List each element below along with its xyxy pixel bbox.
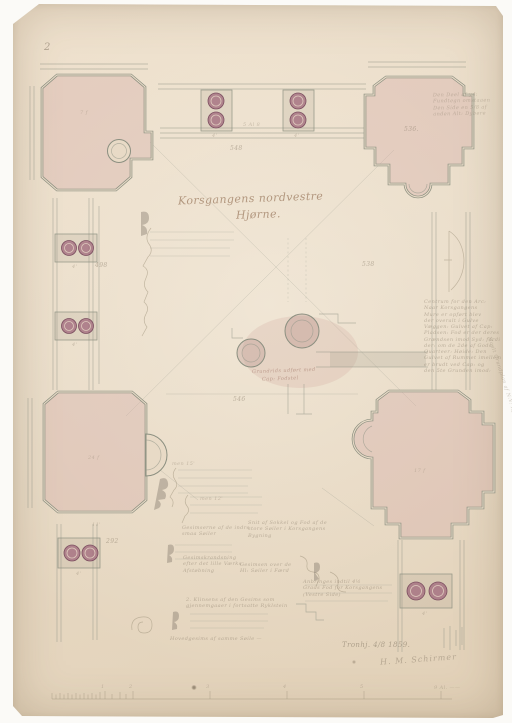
measurement: 4' bbox=[76, 571, 81, 577]
scale-bar bbox=[52, 691, 452, 699]
measurement: 11' bbox=[92, 522, 101, 528]
measurement: 498 bbox=[95, 262, 108, 270]
measurement: 4' bbox=[212, 133, 217, 139]
left-moulding-profile bbox=[141, 212, 234, 336]
scanned-drawing-sheet: 2 Korsgangens nordvestre Hjørne. Den Dee… bbox=[0, 0, 512, 723]
note-a4: Gesimsen over de Hl: Søiler i Færd bbox=[240, 562, 292, 575]
measurement: 4' bbox=[294, 133, 299, 139]
measurement: 24 f bbox=[88, 455, 99, 461]
drawing-title-line2: Hjørne. bbox=[236, 207, 281, 222]
measurement: 536. bbox=[404, 126, 419, 134]
measurement: 538 bbox=[362, 261, 375, 269]
note-a3: Gesimskrandsning efter det lille Værks A… bbox=[183, 555, 242, 574]
note-a6: Anbringes indtil 4½ Grads Fod for Korsga… bbox=[303, 579, 382, 598]
note-top-right: Den Deel af yd: Fundtegn omstaaen Den Si… bbox=[433, 92, 491, 118]
scale-number: 4 bbox=[283, 684, 287, 690]
measurement: 292 bbox=[106, 538, 119, 546]
note-a1-line: smaa Søiler bbox=[182, 531, 250, 537]
measurement: 4' bbox=[422, 611, 427, 617]
note-a3-line: Afstøbning bbox=[183, 568, 242, 574]
sheet-number: 2 bbox=[44, 42, 51, 55]
column-base-circle bbox=[108, 140, 131, 163]
note-a2-line: Bygning bbox=[248, 533, 327, 539]
measurement: 4' bbox=[72, 264, 77, 270]
scale-number: 1 bbox=[101, 684, 105, 690]
note-a3-line: efter det lille Værks bbox=[183, 561, 242, 567]
measurement: 5 Al 8 bbox=[243, 122, 260, 128]
note-a1: Gesimserne af de indre smaa Søiler bbox=[182, 525, 250, 538]
plan-bottom-right-pier bbox=[353, 391, 494, 538]
plan-top-left-chapel bbox=[42, 75, 152, 190]
ink-stain bbox=[352, 660, 356, 664]
measurement: 4' bbox=[72, 342, 77, 348]
note-a5-line: gjennemgaaer i fortsatte Ryklstein bbox=[186, 603, 288, 609]
measurement: 17 f bbox=[414, 468, 425, 474]
measurement: 548 bbox=[230, 145, 243, 153]
note-a5: 2. Klinsens af den Gesims som gjennemgaa… bbox=[186, 597, 288, 610]
ink-stain bbox=[191, 685, 197, 690]
scale-number: 2 bbox=[129, 684, 133, 690]
note-a2-line: store Søiler i Korsgangens bbox=[248, 526, 327, 532]
measurement: 546 bbox=[233, 396, 246, 404]
note-a2: Snit af Sokkel og Fod af de store Søiler… bbox=[248, 520, 327, 539]
note-a6-line: Grads Fod for Korsgangens bbox=[303, 585, 382, 591]
dim-note: men 15' bbox=[172, 461, 195, 467]
dim-note: men 12' bbox=[200, 496, 223, 502]
scale-number: 5 bbox=[360, 684, 364, 690]
note-a7: Hovedgesims af samme Søile — bbox=[170, 636, 262, 642]
arc-construction-detail bbox=[444, 231, 464, 292]
note-right-line: den 5te Grunden imod: bbox=[424, 368, 501, 374]
plan-bottom-left-chapel bbox=[44, 392, 167, 512]
note-center-detail-line2: Cap: Fodstel bbox=[262, 375, 299, 383]
measurement: 7 f bbox=[80, 110, 88, 116]
note-right-line: Gulvet af Rummet imellem bbox=[424, 355, 501, 361]
scale-number: 3 bbox=[206, 684, 210, 690]
date: Tronhj. 4/8 1859. bbox=[342, 641, 410, 650]
note-a4-line: Hl: Søiler i Færd bbox=[240, 568, 292, 574]
note-a6-line: (Vestre Side) bbox=[303, 592, 382, 598]
scale-label: 9 Al. —— bbox=[434, 685, 460, 691]
note-top-right-line: anden Alt: Dybere bbox=[433, 110, 490, 117]
